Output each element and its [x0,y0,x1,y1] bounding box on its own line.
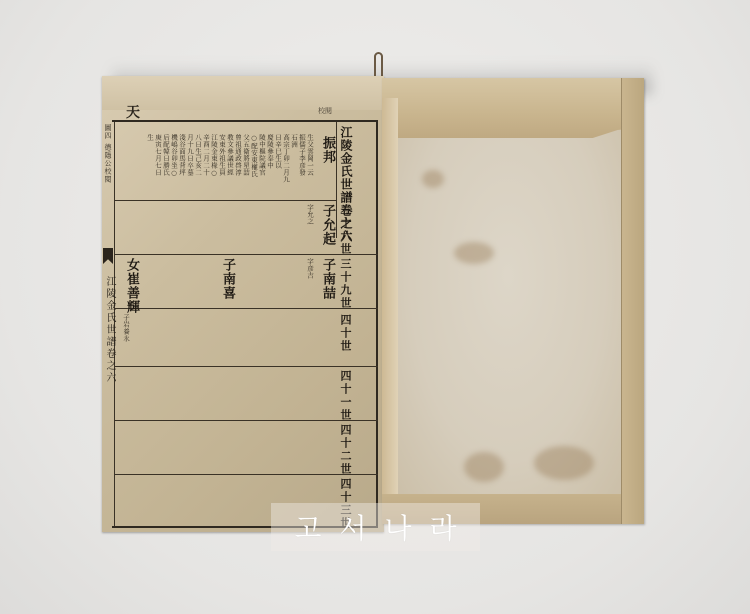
generation-38: 三十八世 [337,204,353,256]
bio-column: 陵中樞院議官 [258,134,266,176]
bio-column: 安東外祖生員 [218,134,226,176]
right-turn-in [621,78,644,524]
son-name-38: 子允起 [318,204,337,246]
bio-column: 父五衛將星喆 [242,134,250,176]
bio-column: 江陵金東椽○ [210,134,218,178]
bio-column: 日辛巳生以 [274,134,282,169]
collation-mark: 校閱 [318,106,332,116]
heaven-mark: 天 [126,102,140,122]
right-page-inner-cover [382,78,644,524]
note-39: 字彦吉 [306,258,314,279]
bio-column: 石洲 [290,134,298,148]
daughter-name: 女崔善輝 [122,258,141,314]
bio-column: 辛酉二月二十 [202,134,210,176]
left-page: 天 校閱 圖四 德隱公校閱 江陵金氏世譜卷之六 江陵金氏世譜卷之六 三十八世 三… [102,76,384,532]
watermark: 고서나라 [271,503,480,551]
head-name: 振邦 [318,136,337,164]
grandson-note: 子岩養永 [122,314,130,342]
row-divider [114,366,378,367]
son-name-39: 子南喆 [318,258,337,300]
bio-column: 八日生己亥二 [194,134,202,176]
generation-42: 四十二世 [337,424,353,476]
bio-column: 庚寅七月七日 [154,134,162,176]
generation-39: 三十九世 [337,258,353,310]
bio-column: 教文參議世經 [226,134,234,176]
water-stain [464,452,504,482]
water-stain [534,446,594,480]
water-stain [422,170,444,188]
left-turn-in [382,98,398,508]
bio-column: 慶陵參奉中 [266,134,274,169]
bio-column: 生父雲岡一云 [306,134,314,176]
cover-lining-paper [394,130,622,494]
bio-column: 振儒子李彦發 [298,134,306,176]
bio-column: 機嶋谷卯坐○ [170,134,178,178]
bio-column: 生 [146,134,154,141]
top-margin [102,76,384,110]
bio-column: 高宗丁卯二月九 [282,134,290,183]
generation-41: 四十一世 [337,370,353,422]
note-38: 字允之 [306,204,314,225]
bio-column: ○配安東權氏 [250,134,258,178]
watermark-text: 고서나라 [276,507,474,547]
son-name-2: 子南喜 [218,258,237,300]
bio-column: 曾祖通政啓淳 [234,134,242,176]
generation-40: 四十世 [337,314,353,353]
bio-column: 月十九日卒墓 [186,134,194,176]
bio-column: 淺谷面馬背坪 [178,134,186,176]
bio-column: 后配韓日勝氏 [162,134,170,176]
row-divider [114,200,336,201]
top-turn-in [382,78,630,138]
water-stain [454,242,494,264]
